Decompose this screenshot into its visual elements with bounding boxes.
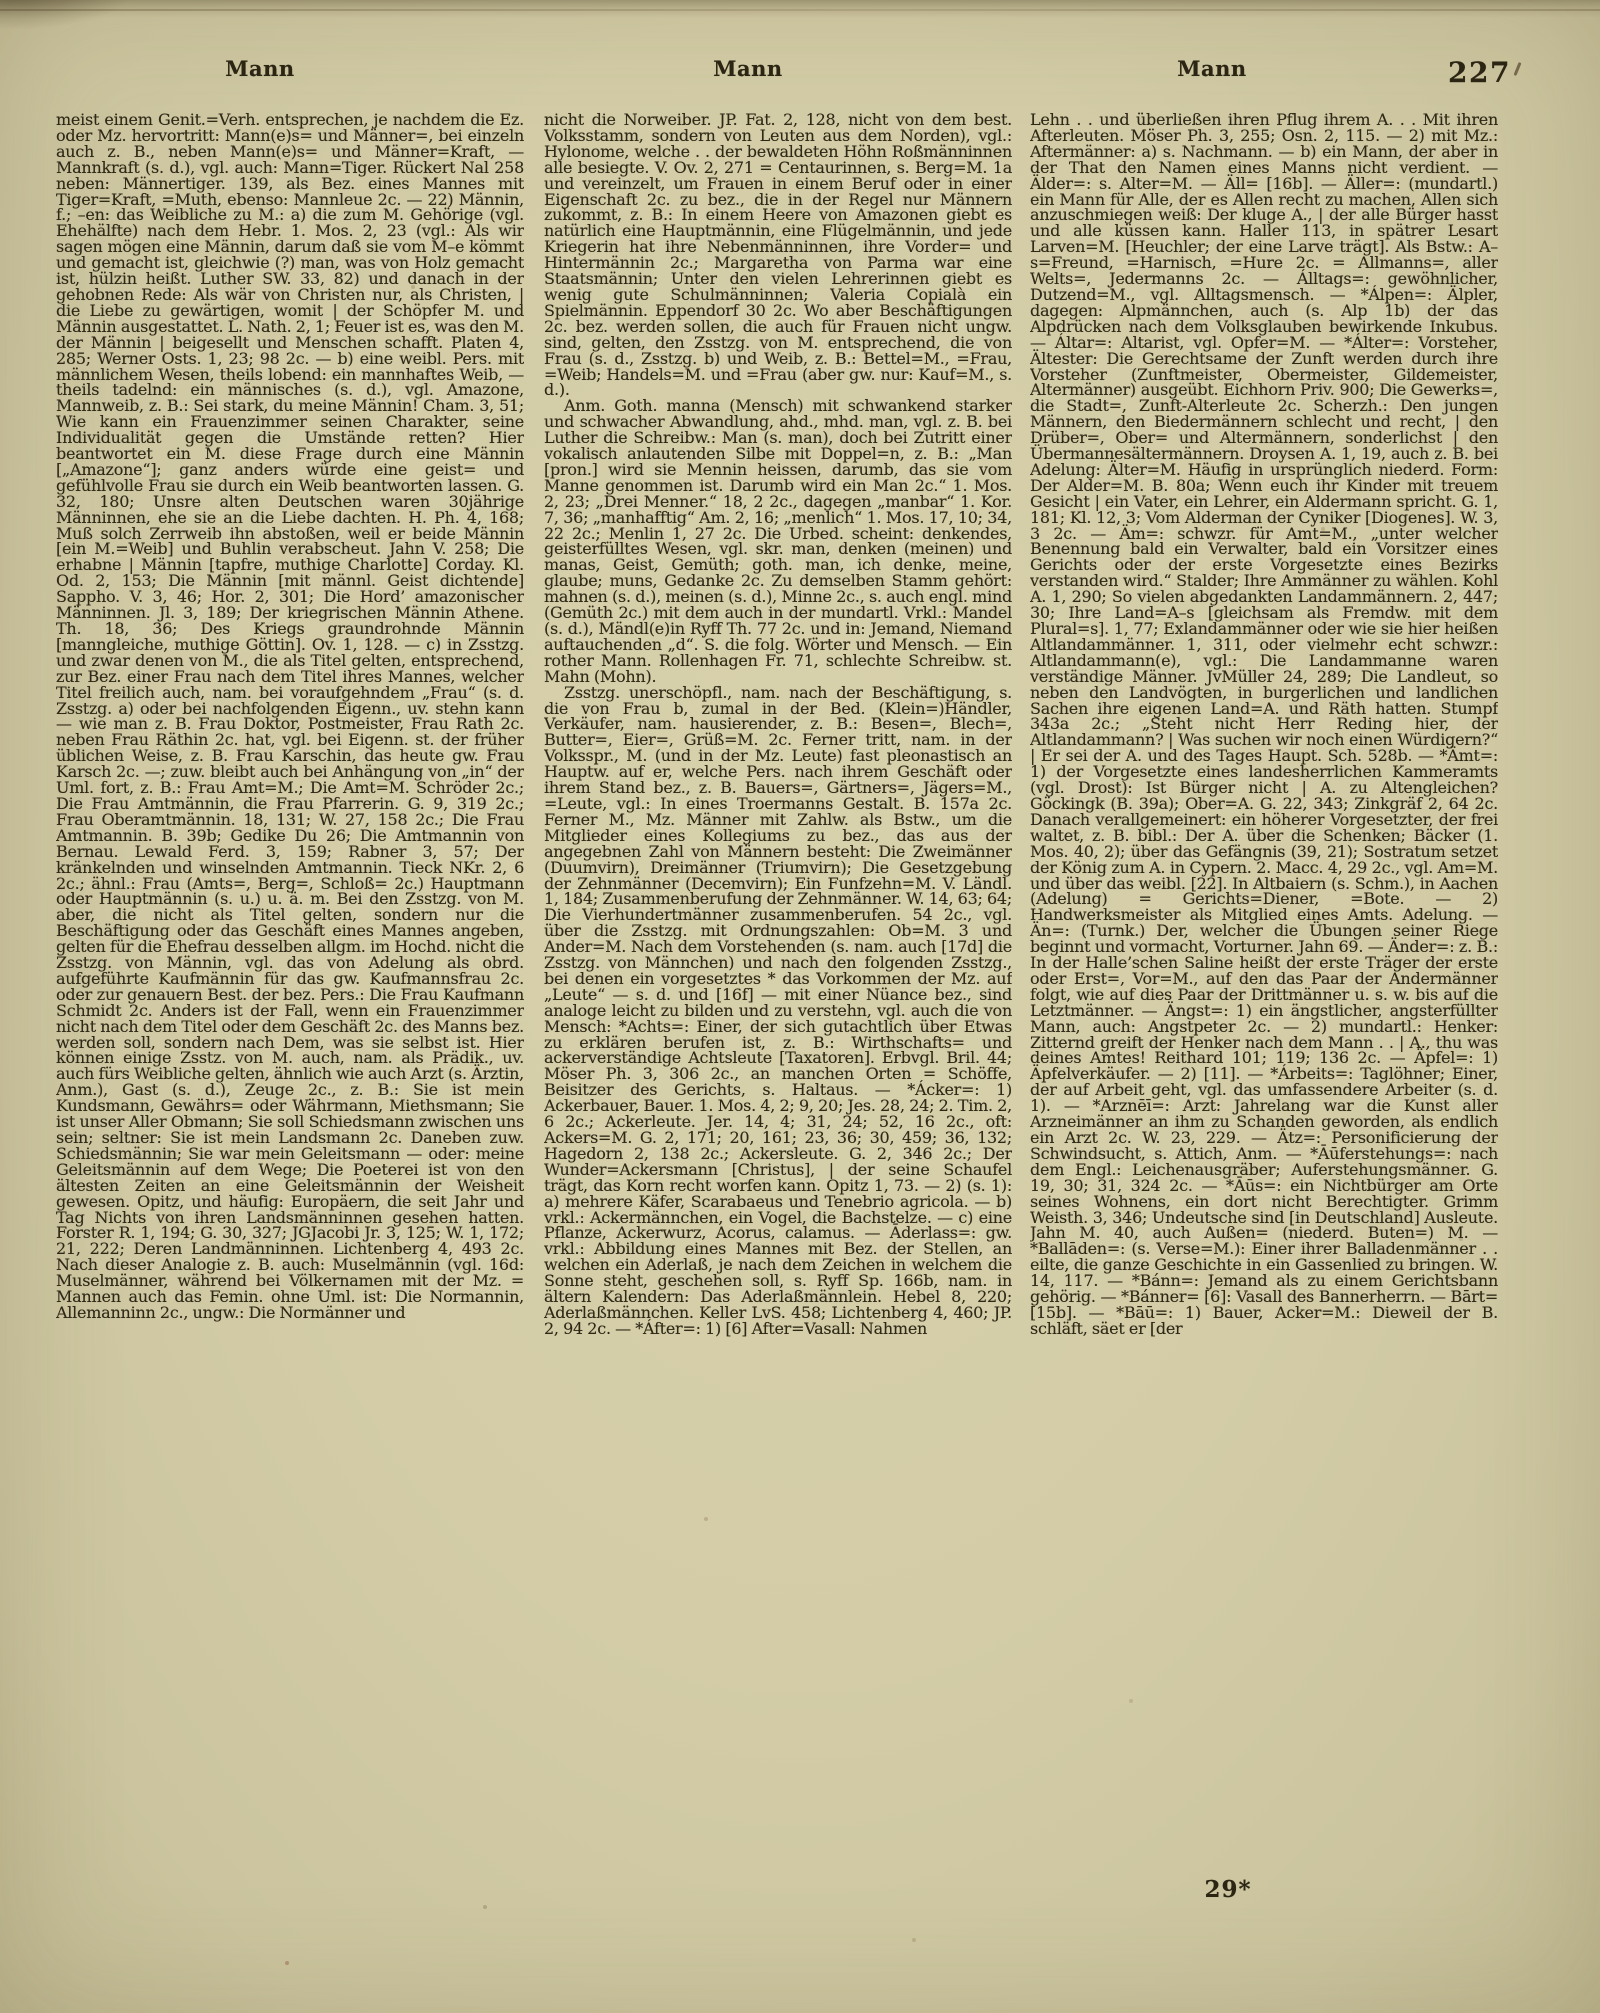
text-column-3: Lehn . . und überließen ihren Pflug ihre… <box>1030 112 1498 1884</box>
paragraph: Lehn . . und überließen ihren Pflug ihre… <box>1030 112 1498 1337</box>
text-column-2: nicht die Norweiber. JP. Fat. 2, 128, ni… <box>544 112 1012 1884</box>
dictionary-page: Mann Mann Mann 227 meist einem Genit.=Ve… <box>0 0 1600 2013</box>
text-column-1: meist einem Genit.=Verh. entsprechen, je… <box>56 112 524 1884</box>
paragraph: meist einem Genit.=Verh. entsprechen, je… <box>56 112 524 1321</box>
page-number: 227 <box>1448 56 1511 89</box>
scan-corner-blotch <box>0 0 132 30</box>
paragraph: Zsstzg. unerschöpfl., nam. nach der Besc… <box>544 685 1012 1337</box>
scan-edge-shadow <box>0 0 1600 18</box>
paragraph: nicht die Norweiber. JP. Fat. 2, 128, ni… <box>544 112 1012 398</box>
running-title-left: Mann <box>225 56 294 81</box>
running-title-right: Mann <box>1177 56 1246 81</box>
signature-mark: 29* <box>1158 1876 1298 1903</box>
paragraph: Anm. Goth. manna (Mensch) mit schwankend… <box>544 398 1012 684</box>
running-title-center: Mann <box>713 56 782 81</box>
pen-mark <box>1513 62 1521 76</box>
paper-speckles <box>0 0 2 2</box>
